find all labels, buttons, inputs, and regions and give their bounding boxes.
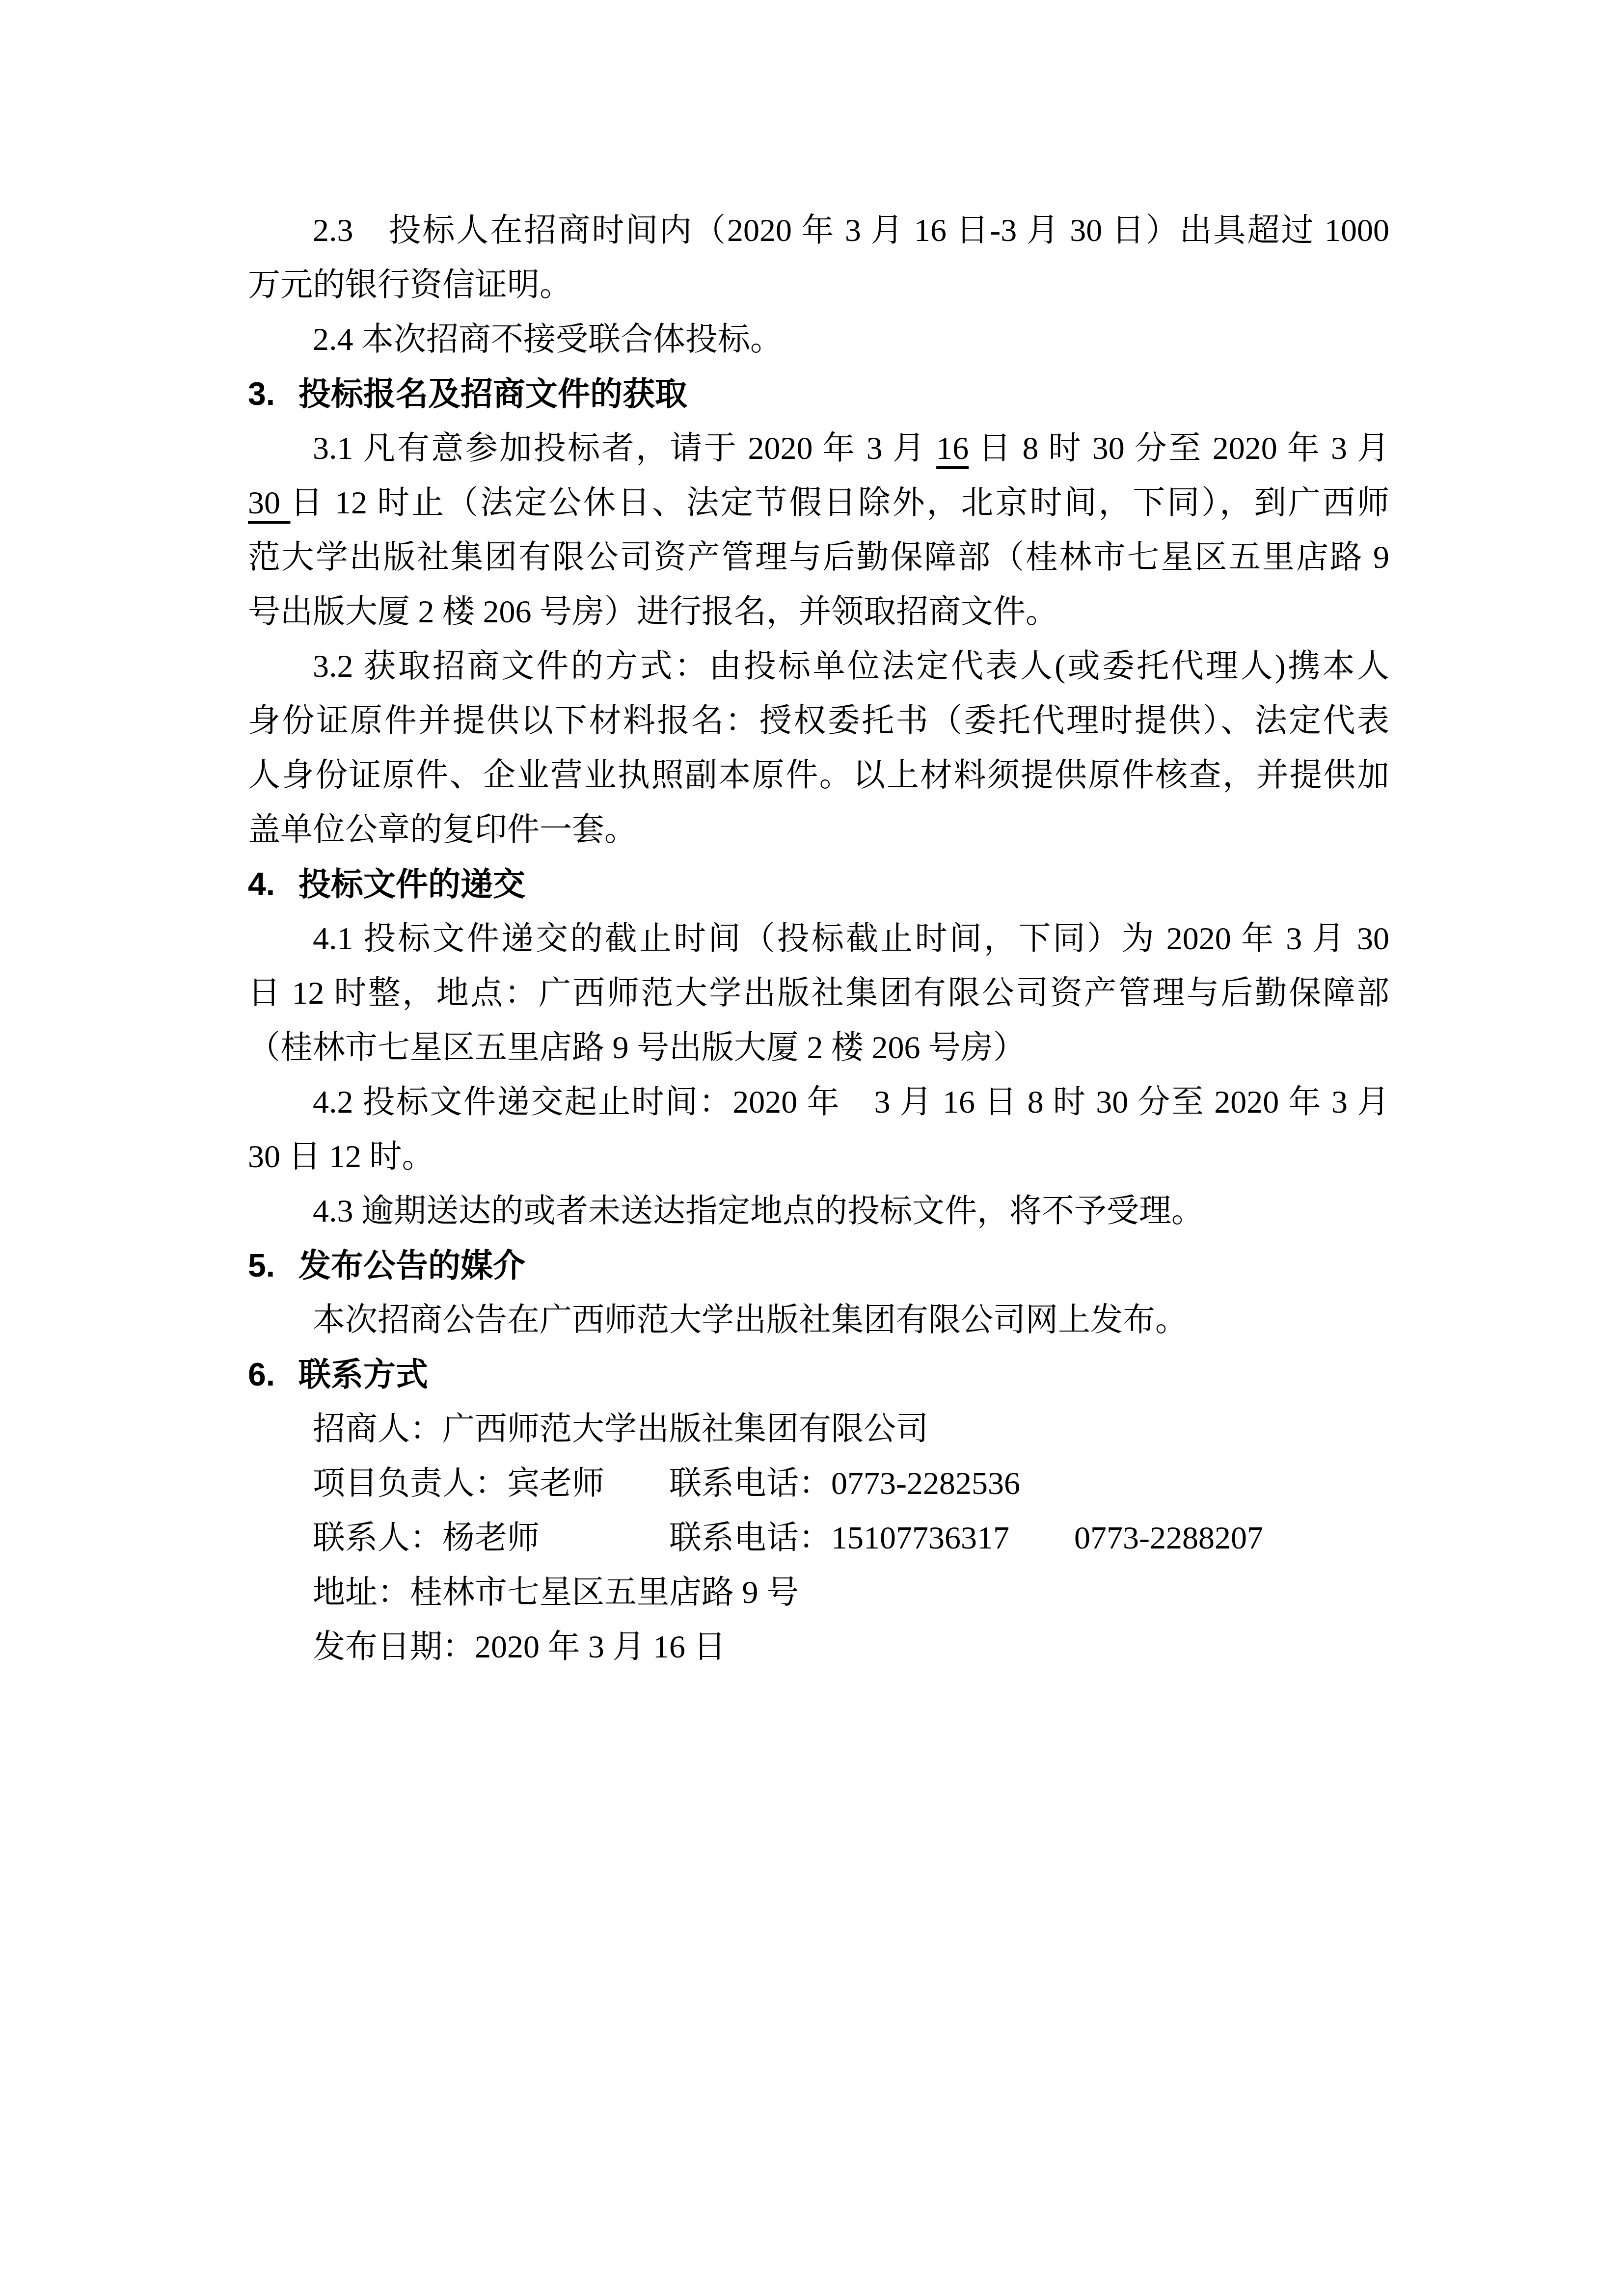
heading-title: 联系方式 [298,1356,428,1392]
heading-number: 5. [248,1238,298,1293]
heading-title: 发布公告的媒介 [298,1247,525,1283]
text-segment: 日 12 时止（法定公休日、法定节假日除外，北京时间，下同），到广西师 [290,485,1389,521]
text-segment: 3.1 凡有意参加投标者，请于 2020 年 3 月 [313,430,936,466]
paragraph-line: 4.1 投标文件递交的截止时间（投标截止时间，下同）为 2020 年 3 月 3… [248,911,1389,966]
paragraph-line: 盖单位公章的复印件一套。 [248,802,1389,857]
contact-tenderer-line: 招商人：广西师范大学出版社集团有限公司 [248,1402,1389,1456]
section-heading: 3.投标报名及招商文件的获取 [248,367,1389,421]
publish-date-line: 发布日期：2020 年 3 月 16 日 [248,1620,1389,1674]
paragraph-line: 本次招商公告在广西师范大学出版社集团有限公司网上发布。 [248,1293,1389,1347]
contact-project-manager-line: 项目负责人：宾老师 联系电话：0773-2282536 [248,1456,1389,1511]
paragraph-line: 万元的银行资信证明。 [248,258,1389,312]
heading-title: 投标报名及招商文件的获取 [298,375,687,412]
contact-address-line: 地址：桂林市七星区五里店路 9 号 [248,1565,1389,1620]
contact-person-line: 联系人：杨老师 联系电话：15107736317 0773-2288207 [248,1511,1389,1565]
heading-number: 6. [248,1347,298,1402]
paragraph-line: 2.3 投标人在招商时间内（2020 年 3 月 16 日-3 月 30 日）出… [248,203,1389,258]
section-heading: 6.联系方式 [248,1347,1389,1402]
paragraph-line: 身份证原件并提供以下材料报名：授权委托书（委托代理时提供）、法定代表 [248,694,1389,748]
paragraph-line: 30 日 12 时止（法定公休日、法定节假日除外，北京时间，下同），到广西师 [248,476,1389,530]
paragraph-line: 人身份证原件、企业营业执照副本原件。以上材料须提供原件核查，并提供加 [248,748,1389,802]
paragraph-line: 3.2 获取招商文件的方式：由投标单位法定代表人(或委托代理人)携本人 [248,639,1389,694]
paragraph-line: 范大学出版社集团有限公司资产管理与后勤保障部（桂林市七星区五里店路 9 [248,530,1389,585]
heading-number: 3. [248,367,298,421]
underlined-text: 16 [936,430,969,466]
underlined-text: 30 [248,485,290,521]
paragraph-line: 号出版大厦 2 楼 206 号房）进行报名，并领取招商文件。 [248,585,1389,639]
document-page: 2.3 投标人在招商时间内（2020 年 3 月 16 日-3 月 30 日）出… [0,0,1624,2296]
paragraph-line: 4.3 逾期送达的或者未送达指定地点的投标文件，将不予受理。 [248,1184,1389,1238]
section-heading: 5.发布公告的媒介 [248,1238,1389,1293]
section-heading: 4.投标文件的递交 [248,857,1389,911]
paragraph-line: （桂林市七星区五里店路 9 号出版大厦 2 楼 206 号房） [248,1020,1389,1075]
paragraph-line: 2.4 本次招商不接受联合体投标。 [248,312,1389,367]
heading-title: 投标文件的递交 [298,866,525,902]
paragraph-line: 日 12 时整，地点：广西师范大学出版社集团有限公司资产管理与后勤保障部 [248,966,1389,1020]
paragraph-line: 4.2 投标文件递交起止时间：2020 年 3 月 16 日 8 时 30 分至… [248,1075,1389,1129]
heading-number: 4. [248,857,298,911]
text-segment: 日 8 时 30 分至 2020 年 3 月 [969,430,1389,466]
paragraph-line: 30 日 12 时。 [248,1129,1389,1184]
paragraph-line: 3.1 凡有意参加投标者，请于 2020 年 3 月 16 日 8 时 30 分… [248,421,1389,476]
